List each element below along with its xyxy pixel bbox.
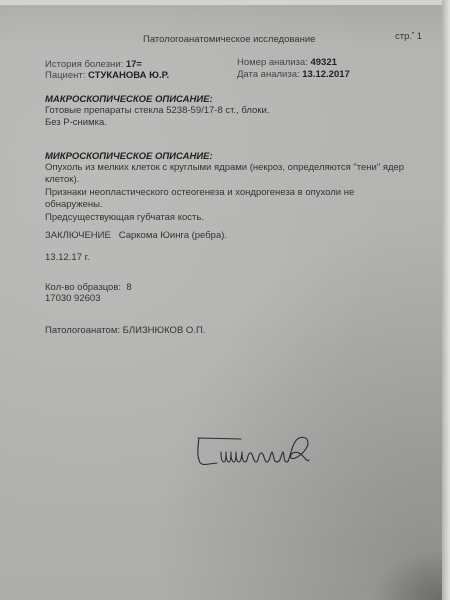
document-page: Патологоанатомическое исследование стр.•… (0, 0, 450, 600)
signature-icon (195, 432, 335, 472)
page-number: 1 (417, 31, 422, 42)
pathologist-value: БЛИЗНЮКОВ О.П. (123, 325, 206, 336)
analysis-number-value: 49321 (310, 57, 336, 68)
analysis-number-label: Номер анализа: (237, 57, 308, 68)
analysis-date-value: 13.12.2017 (302, 69, 350, 80)
conclusion-label: ЗАКЛЮЧЕНИЕ (45, 230, 111, 241)
micro-line: Признаки неопластического остеогенеза и … (45, 187, 425, 199)
document-title: Патологоанатомическое исследование (143, 34, 315, 45)
macro-line: Без Р-снимка. (45, 117, 425, 129)
patient-value: СТУКАНОВА Ю.Р. (88, 70, 169, 81)
macro-line: Готовые препараты стекла 5238-59/17-8 ст… (45, 105, 425, 117)
paper-right-edge (442, 0, 450, 600)
page-label: стр. (395, 31, 412, 42)
page-indicator: стр.• 1 (395, 31, 422, 42)
history-label: История болезни: (45, 59, 123, 70)
conclusion-value: Саркома Юинга (ребра). (119, 230, 227, 241)
samples-code: 17030 92603 (45, 293, 100, 305)
samples-count: Кол-во образцов: 8 (45, 282, 132, 294)
micro-line: клеток). (45, 174, 425, 186)
shadow (372, 550, 442, 600)
macro-heading: МАКРОСКОПИЧЕСКОЕ ОПИСАНИЕ: (45, 94, 425, 105)
pathologist: Патологоанатом: БЛИЗНЮКОВ О.П. (45, 325, 205, 337)
micro-section: МИКРОСКОПИЧЕСКОЕ ОПИСАНИЕ: Опухоль из ме… (45, 151, 425, 224)
paper-top-edge (0, 0, 450, 5)
macro-section: МАКРОСКОПИЧЕСКОЕ ОПИСАНИЕ: Готовые препа… (45, 94, 425, 128)
history-field: История болезни: 17= (45, 59, 142, 70)
patient-label: Пациент: (45, 70, 85, 81)
analysis-number-field: Номер анализа: 49321 (237, 57, 337, 68)
micro-line: Предсуществующая губчатая кость. (45, 212, 425, 224)
analysis-date-label: Дата анализа: (237, 69, 300, 80)
micro-line: Опухоль из мелких клеток с круглыми ядра… (45, 162, 425, 174)
samples-value: 8 (126, 282, 131, 293)
analysis-date-field: Дата анализа: 13.12.2017 (237, 69, 350, 80)
patient-field: Пациент: СТУКАНОВА Ю.Р. (45, 70, 169, 81)
conclusion-date: 13.12.17 г. (45, 252, 90, 264)
samples-label: Кол-во образцов: (45, 282, 121, 293)
conclusion: ЗАКЛЮЧЕНИЕ Саркома Юинга (ребра). (45, 230, 227, 242)
pathologist-label: Патологоанатом: (45, 325, 120, 336)
micro-line: обнаружены. (45, 199, 425, 211)
history-value: 17= (126, 59, 142, 70)
micro-heading: МИКРОСКОПИЧЕСКОЕ ОПИСАНИЕ: (45, 151, 425, 162)
